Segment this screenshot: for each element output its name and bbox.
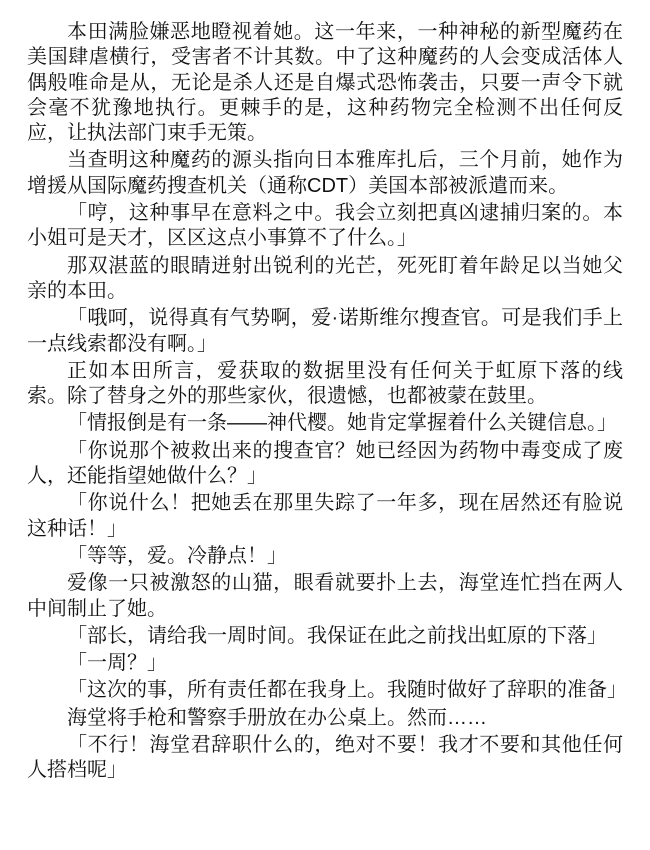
- ebook-page: 本田满脸嫌恶地瞪视着她。这一年来，一种神秘的新型魔药在美国肆虐横行，受害者不计其…: [0, 0, 650, 850]
- paragraph-dialogue: 「等等，爱。冷静点！」: [27, 544, 623, 569]
- paragraph-dialogue: 「部长，请给我一周时间。我保证在此之前找出虹原的下落」: [27, 624, 623, 649]
- paragraph-dialogue: 「哦呵，说得真有气势啊，爱·诺斯维尔搜查官。可是我们手上一点线索都没有啊。」: [27, 306, 623, 357]
- paragraph-dialogue: 「这次的事，所有责任都在我身上。我随时做好了辞职的准备」: [27, 678, 623, 703]
- paragraph-dialogue: 「你说那个被救出来的搜查官？她已经因为药物中毒变成了废人，还能指望她做什么？」: [27, 439, 623, 490]
- paragraph: 本田满脸嫌恶地瞪视着她。这一年来，一种神秘的新型魔药在美国肆虐横行，受害者不计其…: [27, 20, 623, 146]
- paragraph: 那双湛蓝的眼睛迸射出锐利的光芒，死死盯着年龄足以当她父亲的本田。: [27, 254, 623, 305]
- paragraph: 正如本田所言，爱获取的数据里没有任何关于虹原下落的线索。除了替身之外的那些家伙，…: [27, 359, 623, 410]
- paragraph-dialogue: 「不行！海堂君辞职什么的，绝对不要！我才不要和其他任何人搭档呢」: [27, 733, 623, 784]
- paragraph: 当查明这种魔药的源头指向日本雅库扎后，三个月前，她作为增援从国际魔药搜查机关（通…: [27, 148, 623, 199]
- paragraph-dialogue: 「你说什么！把她丢在那里失踪了一年多，现在居然还有脸说这种话！」: [27, 491, 623, 542]
- paragraph-dialogue: 「情报倒是有一条——神代樱。她肯定掌握着什么关键信息。」: [27, 411, 623, 436]
- paragraph: 爱像一只被激怒的山猫，眼看就要扑上去，海堂连忙挡在两人中间制止了她。: [27, 571, 623, 622]
- paragraph-dialogue: 「哼，这种事早在意料之中。我会立刻把真凶逮捕归案的。本小姐可是天才，区区这点小事…: [27, 201, 623, 252]
- paragraph-dialogue: 「一周？」: [27, 651, 623, 676]
- paragraph: 海堂将手枪和警察手册放在办公桌上。然而……: [27, 706, 623, 731]
